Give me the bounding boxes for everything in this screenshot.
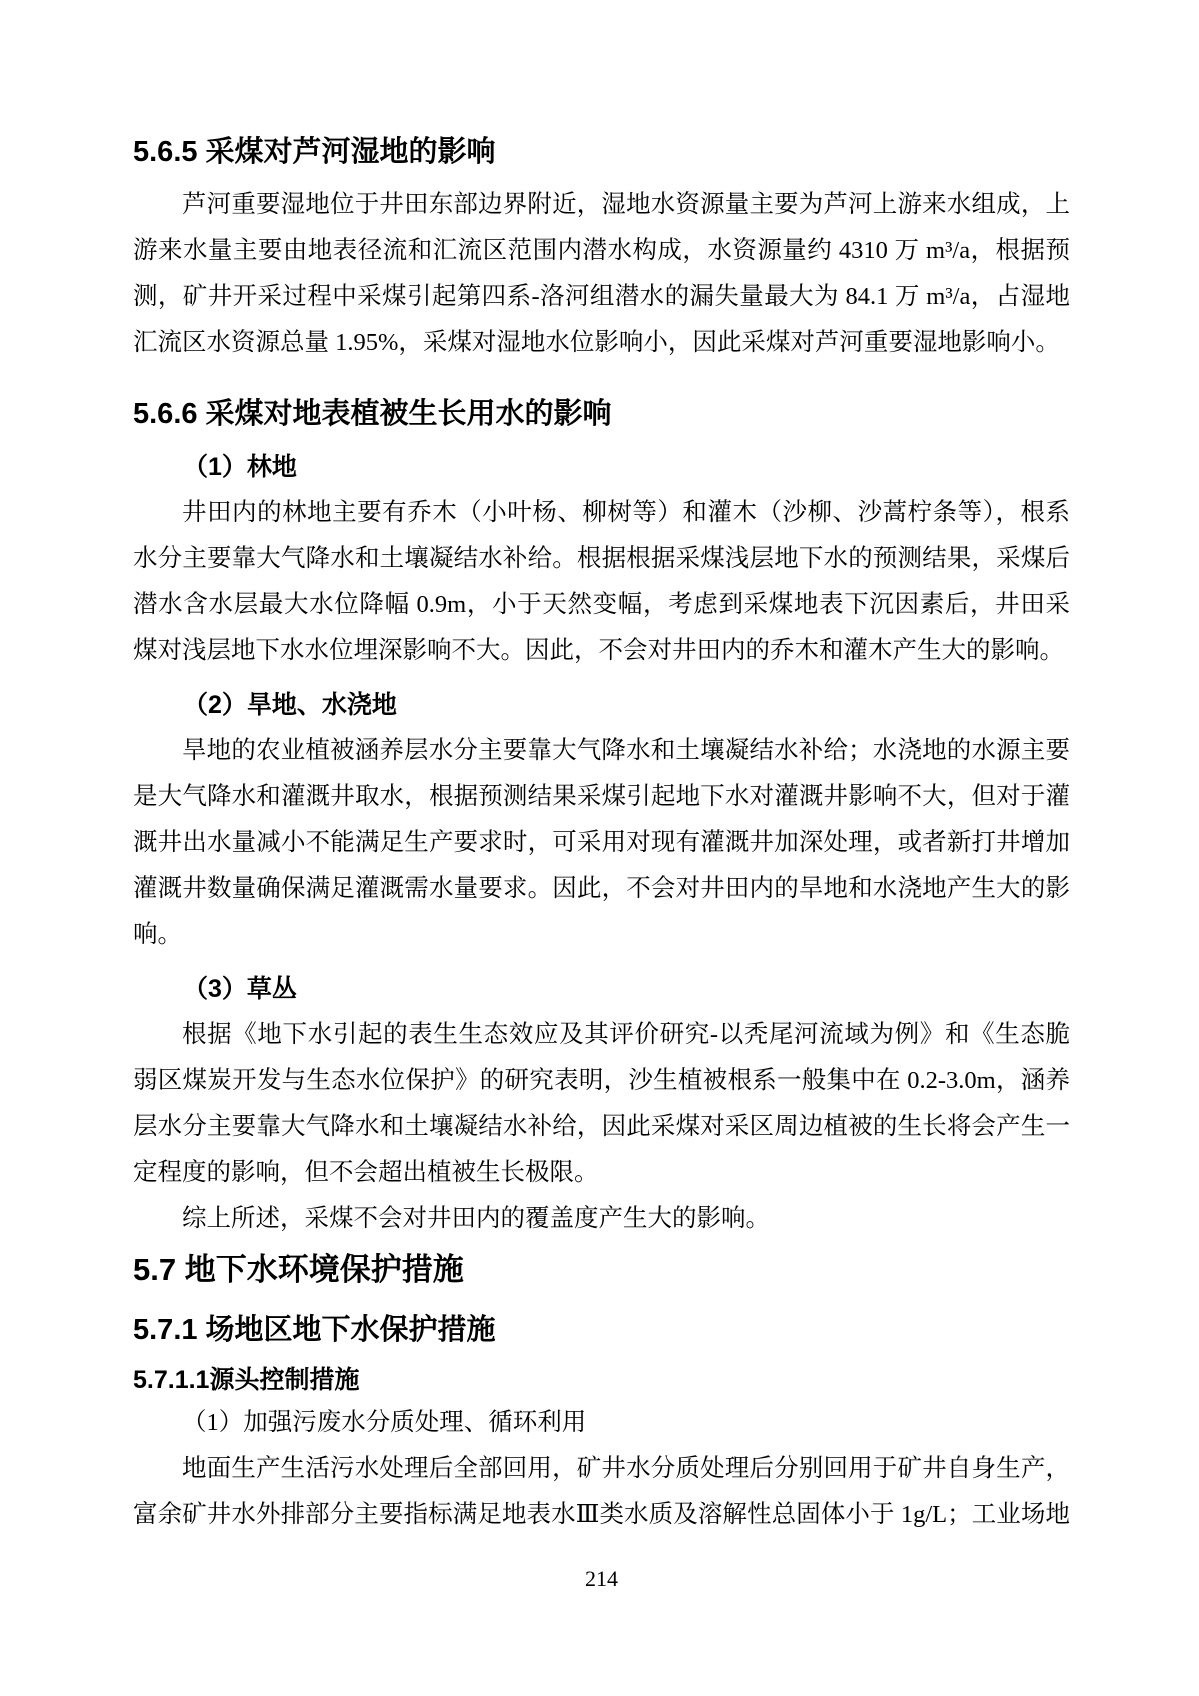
document-page: 5.6.5 采煤对芦河湿地的影响 芦河重要湿地位于井田东部边界附近，湿地水资源量… <box>0 0 1199 1696</box>
heading-section-5-6-6: 5.6.6 采煤对地表植被生长用水的影响 <box>133 392 1070 436</box>
heading-section-5-7: 5.7 地下水环境保护措施 <box>133 1246 1070 1294</box>
para-water-reuse: 地面生产生活污水处理后全部回用，矿井水分质处理后分别回用于矿井自身生产，富余矿井… <box>133 1446 1070 1538</box>
subheading-grassland: （3）草丛 <box>133 966 1070 1012</box>
heading-section-5-6-5: 5.6.5 采煤对芦河湿地的影响 <box>133 130 1070 174</box>
para-summary: 综上所述，采煤不会对井田内的覆盖度产生大的影响。 <box>133 1196 1070 1242</box>
para-grassland: 根据《地下水引起的表生生态效应及其评价研究-以秃尾河流域为例》和《生态脆弱区煤炭… <box>133 1012 1070 1196</box>
page-number: 214 <box>133 1564 1070 1594</box>
heading-section-5-7-1: 5.7.1 场地区地下水保护措施 <box>133 1308 1070 1352</box>
list-item-wastewater-treatment: （1）加强污废水分质处理、循环利用 <box>133 1400 1070 1446</box>
subheading-forest-land: （1）林地 <box>133 444 1070 490</box>
para-dry-irrigated-land: 旱地的农业植被涵养层水分主要靠大气降水和土壤凝结水补给；水浇地的水源主要是大气降… <box>133 728 1070 958</box>
para-forest-land: 井田内的林地主要有乔木（小叶杨、柳树等）和灌木（沙柳、沙蒿柠条等），根系水分主要… <box>133 490 1070 674</box>
heading-section-5-7-1-1: 5.7.1.1源头控制措施 <box>133 1360 1070 1400</box>
para-luhe-wetland-impact: 芦河重要湿地位于井田东部边界附近，湿地水资源量主要为芦河上游来水组成，上游来水量… <box>133 182 1070 366</box>
subheading-dry-irrigated-land: （2）旱地、水浇地 <box>133 682 1070 728</box>
